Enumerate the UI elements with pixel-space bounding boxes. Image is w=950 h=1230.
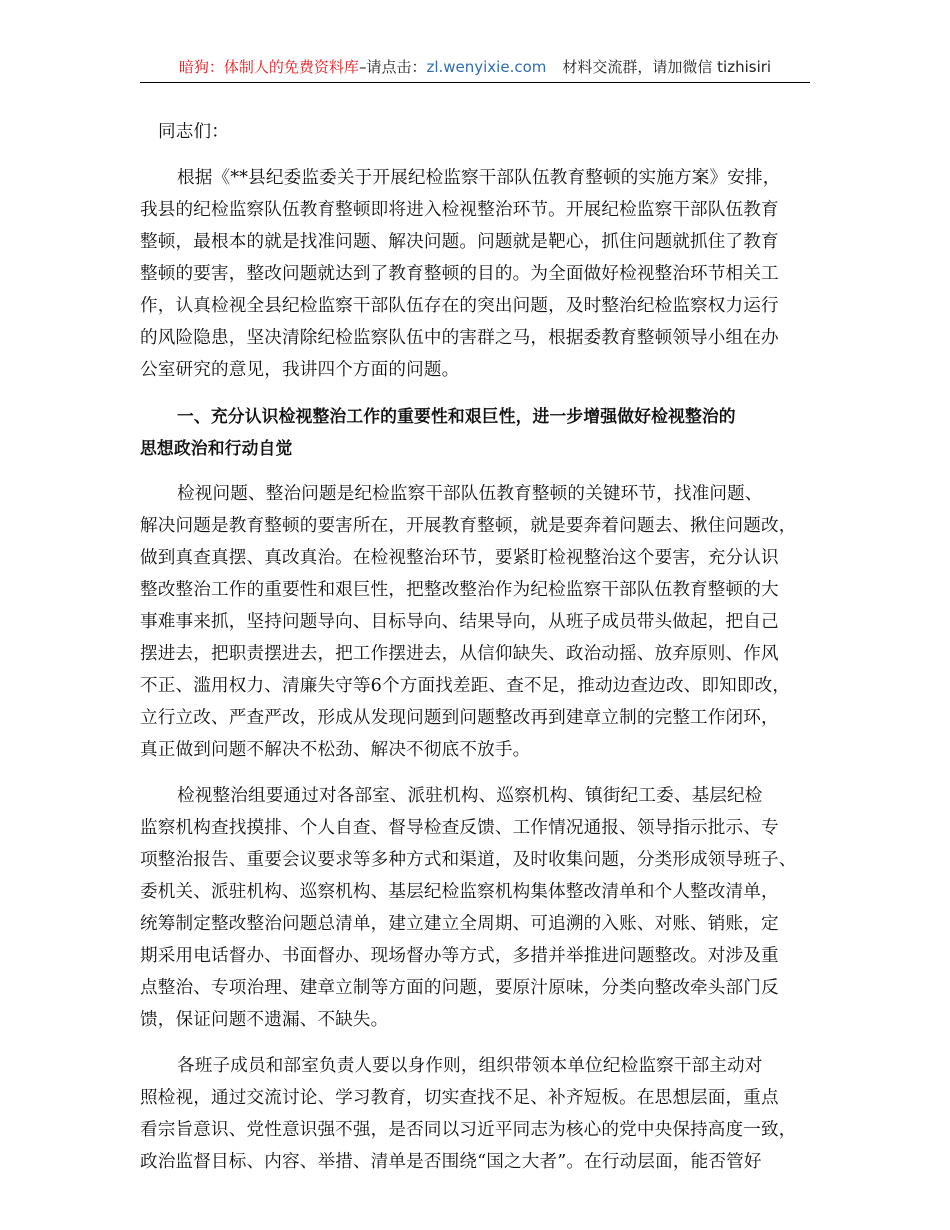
paragraph-line: 各班子成员和部室负责人要以身作则，组织带领本单位纪检监察干部主动对: [140, 1050, 822, 1082]
paragraph-line: 委机关、派驻机构、巡察机构、基层纪检监察机构集体整改清单和个人整改清单，: [140, 876, 822, 908]
greeting: 同志们：: [140, 116, 822, 148]
paragraph-line: 政治监督目标、内容、举措、清单是否围绕“国之大者”。在行动层面，能否管好: [140, 1146, 822, 1178]
heading-line: 一、充分认识检视整治工作的重要性和艰巨性，进一步增强做好检视整治的: [140, 400, 822, 432]
document-body: 同志们： 根据《**县纪委监委关于开展纪检监察干部队伍教育整顿的实施方案》安排，…: [140, 116, 822, 1192]
contact-text: 材料交流群，请加微信 tizhisiri: [562, 58, 771, 76]
paragraph-line: 项整治报告、重要会议要求等多种方式和渠道，及时收集问题，分类形成领导班子、: [140, 844, 822, 876]
paragraph-line: 检视整治组要通过对各部室、派驻机构、巡察机构、镇街纪工委、基层纪检: [140, 780, 822, 812]
paragraph-line: 摆进去，把职责摆进去，把工作摆进去，从信仰缺失、政治动摇、放弃原则、作风: [140, 638, 822, 670]
heading-line: 思想政治和行动自觉: [140, 432, 822, 464]
page-header-banner: 暗狗：体制人的免费资料库–请点击：zl.wenyixie.com材料交流群，请加…: [140, 56, 810, 83]
paragraph-line: 公室研究的意见，我讲四个方面的问题。: [140, 354, 822, 386]
brand-text: 暗狗：体制人的免费资料库: [179, 58, 359, 76]
paragraph-section1-a: 检视问题、整治问题是纪检监察干部队伍教育整顿的关键环节，找准问题、 解决问题是教…: [140, 478, 822, 766]
paragraph-line: 整改整治工作的重要性和艰巨性，把整改整治作为纪检监察干部队伍教育整顿的大: [140, 574, 822, 606]
paragraph-section1-c: 各班子成员和部室负责人要以身作则，组织带领本单位纪检监察干部主动对 照检视，通过…: [140, 1050, 822, 1178]
paragraph-line: 作，认真检视全县纪检监察干部队伍存在的突出问题，及时整治纪检监察权力运行: [140, 290, 822, 322]
paragraph-line: 解决问题是教育整顿的要害所在，开展教育整顿，就是要奔着问题去、揪住问题改，: [140, 510, 822, 542]
paragraph-line: 整顿的要害，整改问题就达到了教育整顿的目的。为全面做好检视整治环节相关工: [140, 258, 822, 290]
paragraph-line: 馈，保证问题不遗漏、不缺失。: [140, 1004, 822, 1036]
paragraph-line: 立行立改、严查严改，形成从发现问题到问题整改再到建章立制的完整工作闭环，: [140, 702, 822, 734]
paragraph-line: 事难事来抓，坚持问题导向、目标导向、结果导向，从班子成员带头做起，把自己: [140, 606, 822, 638]
paragraph-intro: 根据《**县纪委监委关于开展纪检监察干部队伍教育整顿的实施方案》安排， 我县的纪…: [140, 162, 822, 386]
paragraph-line: 照检视，通过交流讨论、学习教育，切实查找不足、补齐短板。在思想层面，重点: [140, 1082, 822, 1114]
click-prompt: –请点击：: [359, 58, 427, 76]
paragraph-line: 检视问题、整治问题是纪检监察干部队伍教育整顿的关键环节，找准问题、: [140, 478, 822, 510]
paragraph-line: 的风险隐患，坚决清除纪检监察队伍中的害群之马，根据委教育整顿领导小组在办: [140, 322, 822, 354]
paragraph-section1-b: 检视整治组要通过对各部室、派驻机构、巡察机构、镇街纪工委、基层纪检 监察机构查找…: [140, 780, 822, 1036]
paragraph-line: 点整治、专项治理、建章立制等方面的问题，要原汁原味，分类向整改牵头部门反: [140, 972, 822, 1004]
paragraph-line: 期采用电话督办、书面督办、现场督办等方式，多措并举推进问题整改。对涉及重: [140, 940, 822, 972]
website-link[interactable]: zl.wenyixie.com: [426, 58, 546, 76]
paragraph-line: 真正做到问题不解决不松劲、解决不彻底不放手。: [140, 734, 822, 766]
document-page: 暗狗：体制人的免费资料库–请点击：zl.wenyixie.com材料交流群，请加…: [0, 0, 950, 1230]
paragraph-line: 我县的纪检监察队伍教育整顿即将进入检视整治环节。开展纪检监察干部队伍教育: [140, 194, 822, 226]
paragraph-line: 统筹制定整改整治问题总清单，建立建立全周期、可追溯的入账、对账、销账，定: [140, 908, 822, 940]
paragraph-line: 整顿，最根本的就是找准问题、解决问题。问题就是靶心，抓住问题就抓住了教育: [140, 226, 822, 258]
paragraph-line: 看宗旨意识、党性意识强不强，是否同以习近平同志为核心的党中央保持高度一致，: [140, 1114, 822, 1146]
paragraph-line: 不正、滥用权力、清廉失守等6个方面找差距、查不足，推动边查边改、即知即改，: [140, 670, 822, 702]
section-heading-1: 一、充分认识检视整治工作的重要性和艰巨性，进一步增强做好检视整治的 思想政治和行…: [140, 400, 822, 464]
paragraph-line: 根据《**县纪委监委关于开展纪检监察干部队伍教育整顿的实施方案》安排，: [140, 162, 822, 194]
paragraph-line: 监察机构查找摸排、个人自查、督导检查反馈、工作情况通报、领导指示批示、专: [140, 812, 822, 844]
paragraph-line: 做到真查真摆、真改真治。在检视整治环节，要紧盯检视整治这个要害，充分认识: [140, 542, 822, 574]
